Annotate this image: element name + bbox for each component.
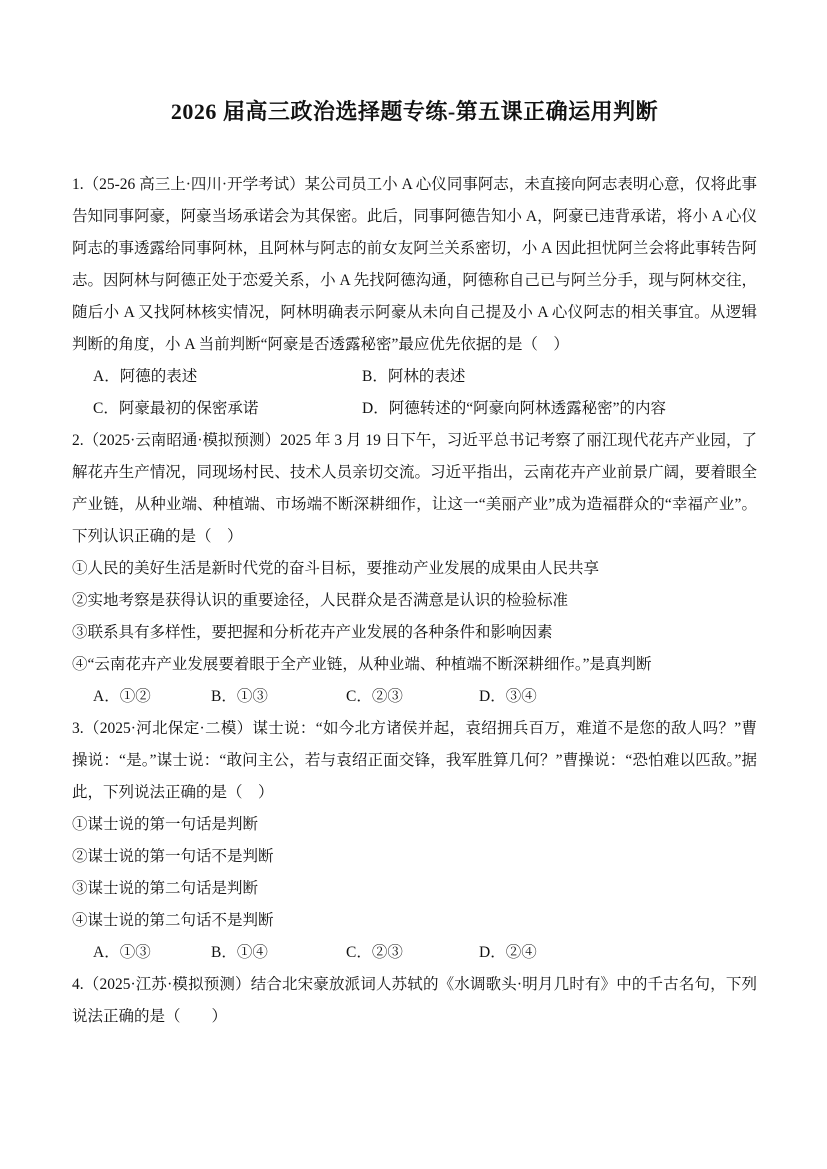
question-3-statement-1: ①谋士说的第一句话是判断: [72, 809, 757, 841]
question-2-stem: 2.（2025·云南昭通·模拟预测）2025 年 3 月 19 日下午，习近平总…: [72, 425, 757, 553]
question-3-option-c: C．②③: [346, 937, 479, 969]
question-2-statement-2: ②实地考察是获得认识的重要途径，人民群众是否满意是认识的检验标准: [72, 585, 757, 617]
question-2-statement-3: ③联系具有多样性，要把握和分析花卉产业发展的各种条件和影响因素: [72, 617, 757, 649]
question-1-stem: 1.（25-26 高三上·四川·开学考试）某公司员工小 A 心仪同事阿志，未直接…: [72, 169, 757, 361]
question-2-option-c: C．②③: [346, 681, 479, 713]
question-1-option-d: D．阿德转述的“阿豪向阿林透露秘密”的内容: [362, 393, 666, 425]
question-4-stem: 4.（2025·江苏·模拟预测）结合北宋豪放派词人苏轼的《水调歌头·明月几时有》…: [72, 969, 757, 1033]
question-1-options-row-1: A．阿德的表述 B．阿林的表述: [72, 361, 757, 393]
question-4: 4.（2025·江苏·模拟预测）结合北宋豪放派词人苏轼的《水调歌头·明月几时有》…: [72, 969, 757, 1033]
question-1-option-a: A．阿德的表述: [93, 361, 362, 393]
question-1: 1.（25-26 高三上·四川·开学考试）某公司员工小 A 心仪同事阿志，未直接…: [72, 169, 757, 425]
question-3-option-a: A．①③: [93, 937, 211, 969]
question-1-option-b: B．阿林的表述: [362, 361, 465, 393]
question-2-statement-1: ①人民的美好生活是新时代党的奋斗目标，要推动产业发展的成果由人民共享: [72, 553, 757, 585]
question-3-statement-3: ③谋士说的第二句话是判断: [72, 873, 757, 905]
question-2: 2.（2025·云南昭通·模拟预测）2025 年 3 月 19 日下午，习近平总…: [72, 425, 757, 713]
question-2-options-row: A．①② B．①③ C．②③ D．③④: [72, 681, 757, 713]
question-3-statement-2: ②谋士说的第一句话不是判断: [72, 841, 757, 873]
exam-document-page: 2026 届高三政治选择题专练-第五课正确运用判断 1.（25-26 高三上·四…: [0, 0, 827, 1169]
question-2-option-a: A．①②: [93, 681, 211, 713]
question-3-option-d: D．②④: [479, 937, 537, 969]
question-1-options-row-2: C．阿豪最初的保密承诺 D．阿德转述的“阿豪向阿林透露秘密”的内容: [72, 393, 757, 425]
question-3: 3.（2025·河北保定·二模）谋士说：“如今北方诸侯并起，袁绍拥兵百万，难道不…: [72, 713, 757, 969]
question-3-stem: 3.（2025·河北保定·二模）谋士说：“如今北方诸侯并起，袁绍拥兵百万，难道不…: [72, 713, 757, 809]
page-title: 2026 届高三政治选择题专练-第五课正确运用判断: [72, 94, 757, 130]
question-3-statement-4: ④谋士说的第二句话不是判断: [72, 905, 757, 937]
question-2-option-d: D．③④: [479, 681, 537, 713]
question-2-statement-4: ④“云南花卉产业发展要着眼于全产业链，从种业端、种植端不断深耕细作。”是真判断: [72, 649, 757, 681]
question-3-options-row: A．①③ B．①④ C．②③ D．②④: [72, 937, 757, 969]
question-1-option-c: C．阿豪最初的保密承诺: [93, 393, 362, 425]
question-2-option-b: B．①③: [211, 681, 346, 713]
question-3-option-b: B．①④: [211, 937, 346, 969]
